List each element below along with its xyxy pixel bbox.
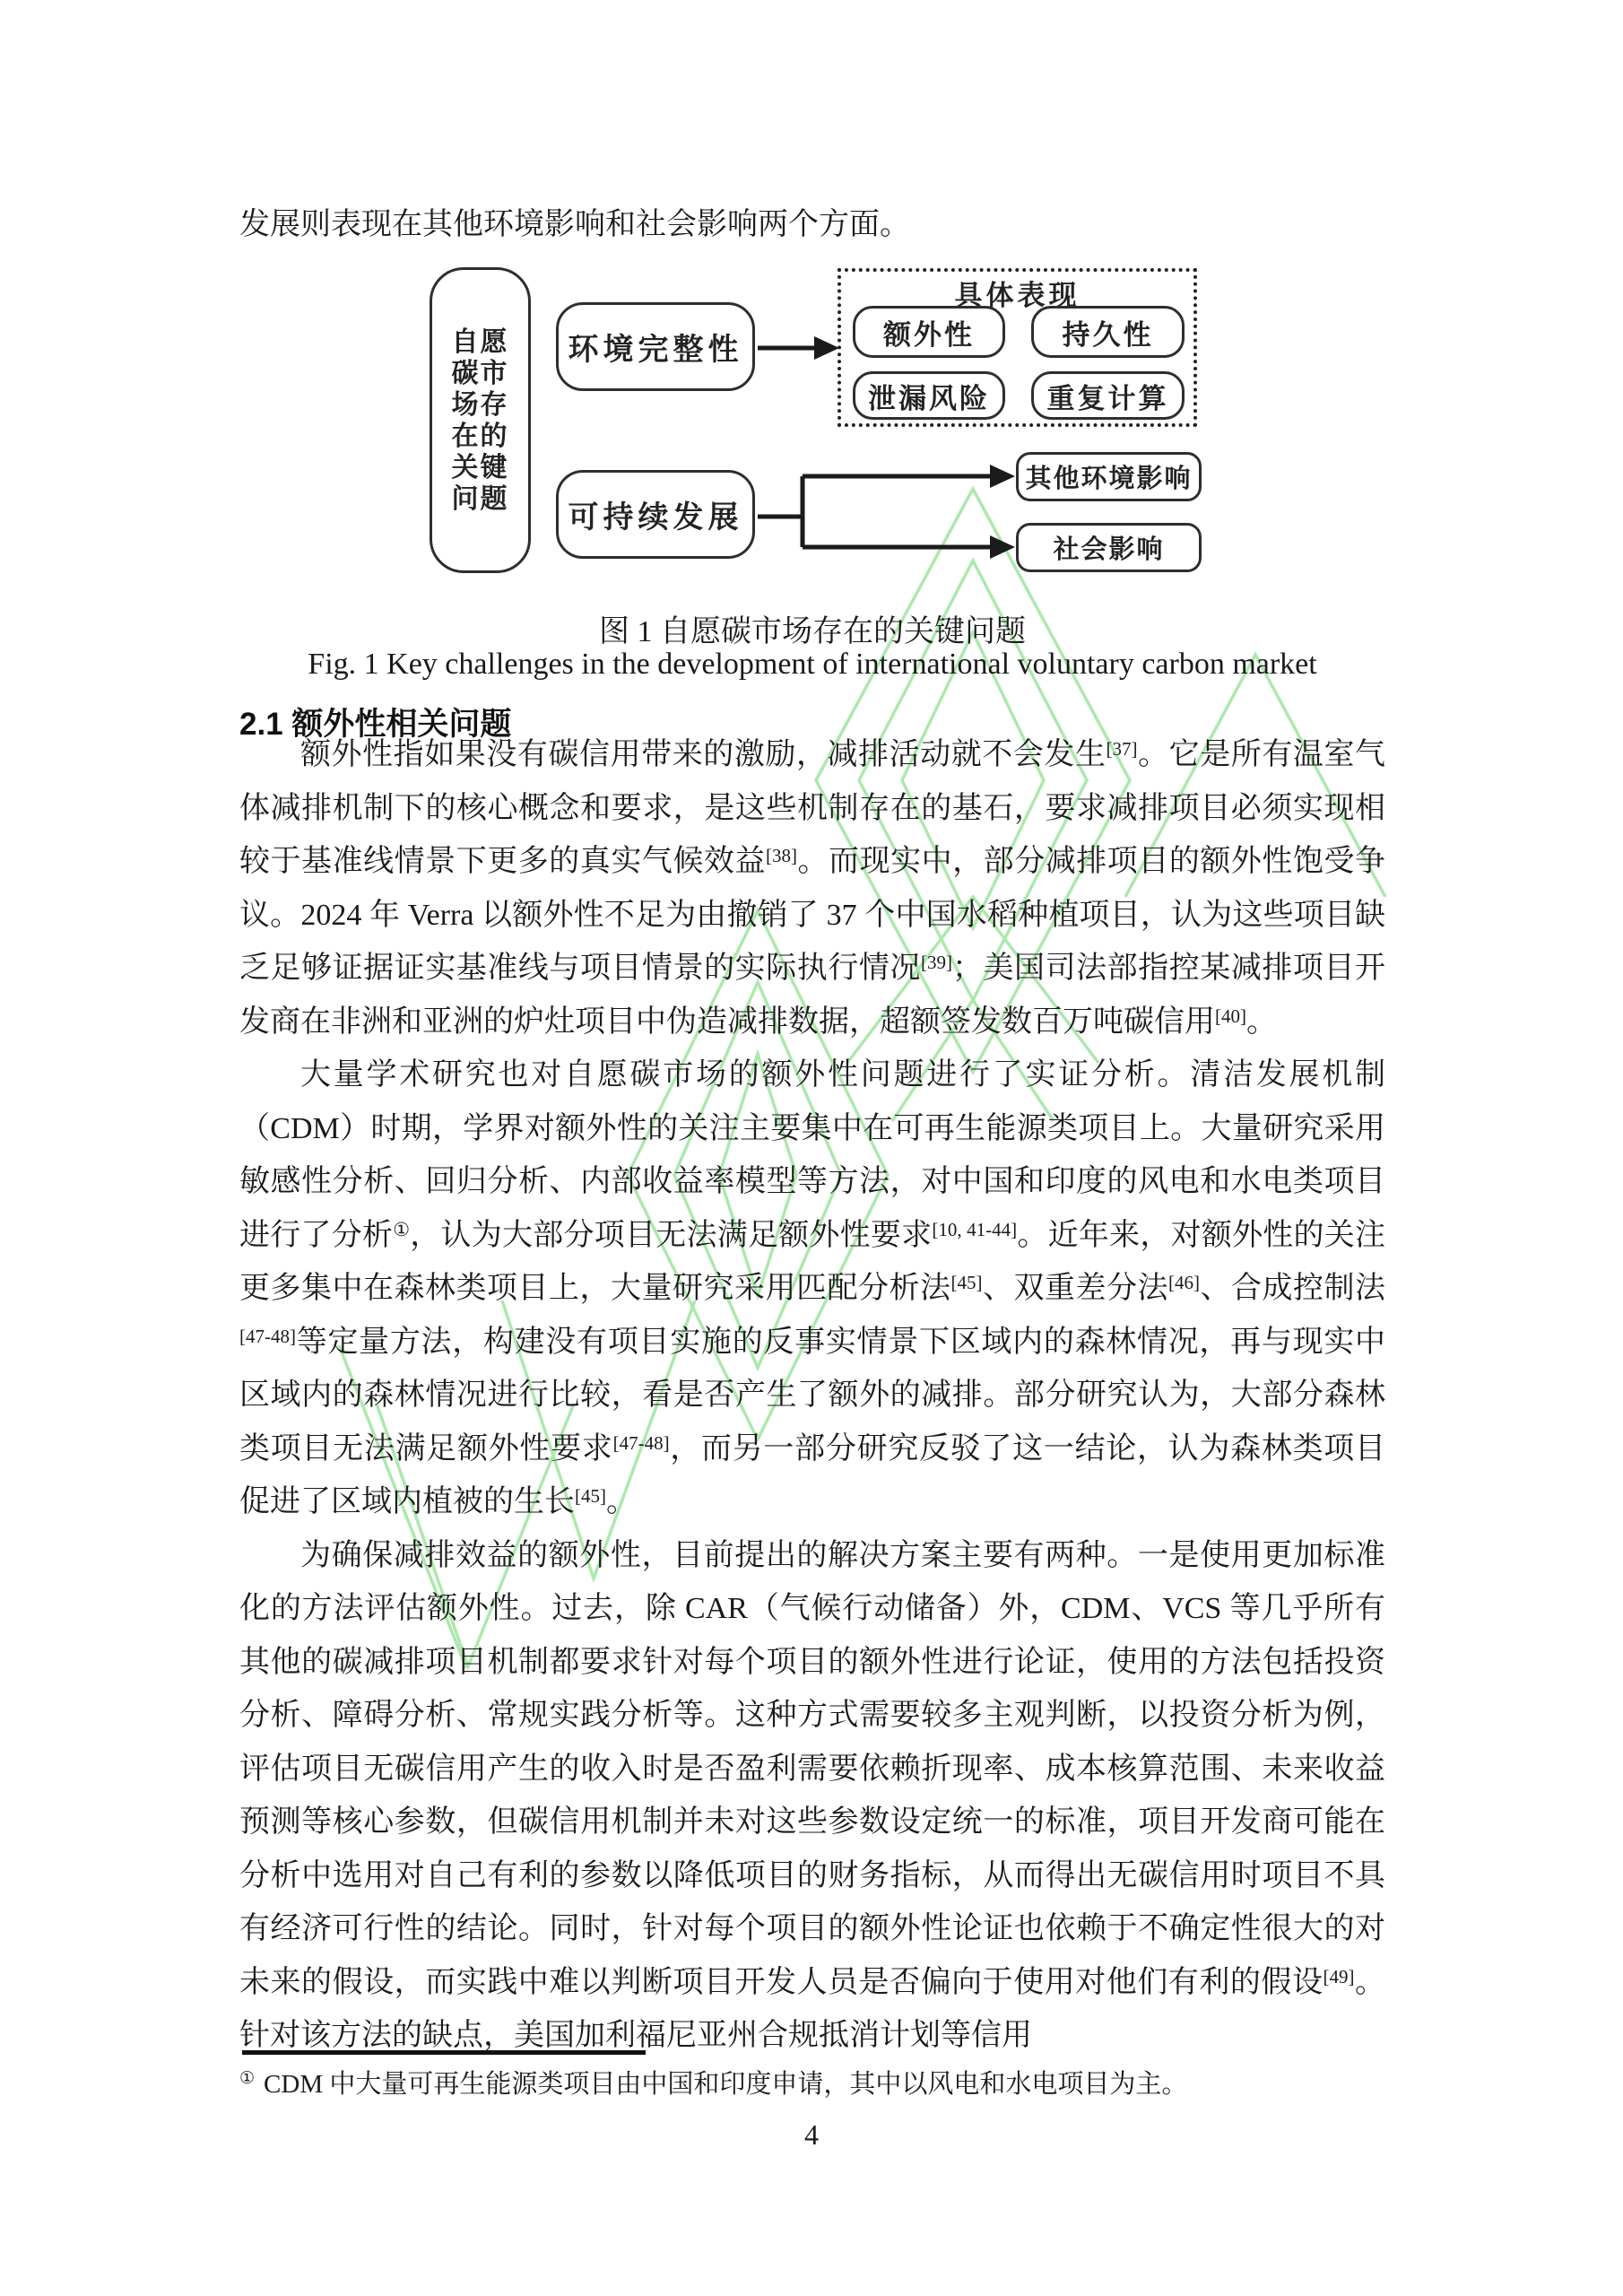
figure-caption-zh: 图 1 自愿碳市场存在的关键问题 bbox=[239, 606, 1385, 650]
paragraph-2: 大量学术研究也对自愿碳市场的额外性问题进行了实证分析。清洁发展机制（CDM）时期… bbox=[239, 1048, 1385, 1529]
diagram-item-double-counting: 重复计算 bbox=[1031, 371, 1185, 420]
document-page: 发展则表现在其他环境影响和社会影响两个方面。 自愿碳市场存在的关键问题 环境完整… bbox=[0, 0, 1623, 2296]
diagram-item-additionality: 额外性 bbox=[853, 306, 1005, 358]
footnote-divider bbox=[242, 2050, 646, 2055]
figure-caption-en: Fig. 1 Key challenges in the development… bbox=[239, 648, 1385, 682]
diagram-env-integrity-box: 环境完整性 bbox=[556, 302, 755, 391]
diagram-root-label: 自愿碳市场存在的关键问题 bbox=[452, 326, 509, 515]
footnote-marker: ① bbox=[239, 2069, 255, 2088]
diagram-sustainable-box: 可持续发展 bbox=[556, 470, 755, 559]
diagram-outcome-other-env: 其他环境影响 bbox=[1016, 452, 1202, 501]
diagram-item-leakage-risk: 泄漏风险 bbox=[853, 371, 1005, 420]
paragraph-3: 为确保减排效益的额外性，目前提出的解决方案主要有两种。一是使用更加标准化的方法评… bbox=[239, 1529, 1385, 2063]
diagram-root-box: 自愿碳市场存在的关键问题 bbox=[430, 267, 531, 573]
footnote: ①CDM 中大量可再生能源类项目由中国和印度申请，其中以风电和水电项目为主。 bbox=[239, 2065, 1385, 2104]
paragraph-1: 额外性指如果没有碳信用带来的激励，减排活动就不会发生[37]。它是所有温室气体减… bbox=[239, 728, 1385, 1048]
footnote-text: CDM 中大量可再生能源类项目由中国和印度申请，其中以风电和水电项目为主。 bbox=[264, 2070, 1187, 2099]
body-text: 额外性指如果没有碳信用带来的激励，减排活动就不会发生[37]。它是所有温室气体减… bbox=[239, 728, 1385, 2063]
diagram-outcome-social: 社会影响 bbox=[1016, 523, 1202, 572]
intro-line: 发展则表现在其他环境影响和社会影响两个方面。 bbox=[239, 204, 1385, 246]
page-number: 4 bbox=[0, 2118, 1623, 2152]
diagram-item-permanence: 持久性 bbox=[1031, 306, 1185, 358]
